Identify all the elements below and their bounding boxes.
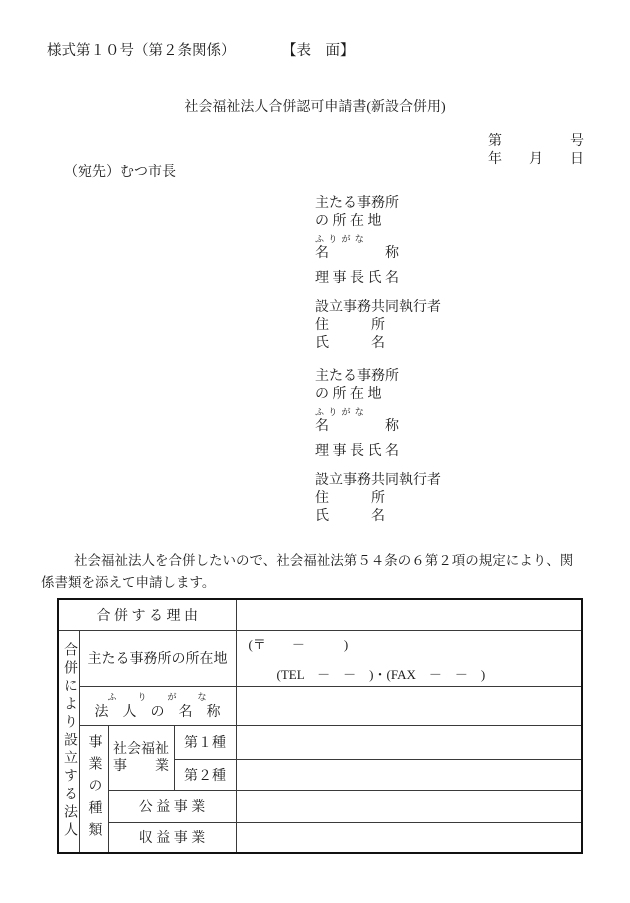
merge-reason-value-cell xyxy=(236,599,582,630)
office-address-label: 主たる事務所の所在地 xyxy=(88,652,228,667)
date-year-label: 年 xyxy=(488,148,502,168)
corp-name-value-cell xyxy=(236,686,582,725)
office-label-line2: の 所 在 地 xyxy=(315,213,441,231)
merge-reason-label-cell: 合 併 す る 理 由 xyxy=(58,599,236,630)
executor-name-label: 氏 名 xyxy=(315,508,441,526)
document-title: 社会福祉法人合併認可申請書(新設合併用) xyxy=(184,100,445,115)
profit-business-value-cell xyxy=(236,822,582,853)
date-line: 年 月 日 xyxy=(488,148,584,168)
table-row: 公 益 事 業 xyxy=(58,790,582,822)
social-welfare-label-line1: 社会福祉 xyxy=(109,741,174,758)
name-label: 名 称 xyxy=(315,245,441,263)
document-page: 様式第１０号（第２条関係） 【表 面】 社会福祉法人合併認可申請書(新設合併用)… xyxy=(0,0,630,903)
executor-heading: 設立事務共同執行者 xyxy=(315,472,441,490)
office-address-label-cell: 主たる事務所の所在地 xyxy=(79,630,236,686)
type2-value-cell xyxy=(236,759,582,790)
president-name-label: 理 事 長 氏 名 xyxy=(315,443,441,461)
type1-value-cell xyxy=(236,725,582,759)
office-label-line2: の 所 在 地 xyxy=(315,386,441,404)
profit-business-label-cell: 収 益 事 業 xyxy=(108,822,236,853)
corp-name-furigana: ふ り が な xyxy=(80,691,236,703)
merger-corporation-table: 合 併 す る 理 由 合併により設立する法人 主たる事務所の所在地 (〒 － … xyxy=(57,598,583,854)
doc-number-suffix: 号 xyxy=(570,130,584,150)
date-day-label: 日 xyxy=(570,148,584,168)
executor-address-label: 住 所 xyxy=(315,490,441,508)
table-row: 収 益 事 業 xyxy=(58,822,582,853)
applicant-block-2: 主たる事務所 の 所 在 地 ふ り が な 名 称 理 事 長 氏 名 設立事… xyxy=(315,368,441,526)
name-label: 名 称 xyxy=(315,418,441,436)
table-row: 合 併 す る 理 由 xyxy=(58,599,582,630)
new-corporation-vertical-label-cell: 合併により設立する法人 xyxy=(58,630,79,853)
table-row: 合併により設立する法人 主たる事務所の所在地 (〒 － ) (TEL － － )… xyxy=(58,630,582,686)
public-business-value-cell xyxy=(236,790,582,822)
type1-label: 第１種 xyxy=(184,736,226,751)
president-name-label: 理 事 長 氏 名 xyxy=(315,270,441,288)
social-welfare-label-cell: 社会福祉 事 業 xyxy=(108,725,174,790)
corp-name-label: 法 人 の 名 称 xyxy=(80,703,236,722)
office-label-line1: 主たる事務所 xyxy=(315,195,441,213)
social-welfare-label-line2: 事 業 xyxy=(109,758,174,775)
type1-label-cell: 第１種 xyxy=(174,725,236,759)
executor-heading: 設立事務共同執行者 xyxy=(315,299,441,317)
merge-reason-label: 合 併 す る 理 由 xyxy=(97,609,199,624)
name-furigana-label: ふ り が な xyxy=(315,233,441,245)
table-row: 事業の種類 社会福祉 事 業 第１種 xyxy=(58,725,582,759)
side-label: 【表 面】 xyxy=(282,39,355,60)
addressee: （宛先）むつ市長 xyxy=(64,161,176,181)
doc-number-prefix: 第 xyxy=(488,130,502,150)
business-type-vertical-label-cell: 事業の種類 xyxy=(79,725,108,853)
name-furigana-label: ふ り が な xyxy=(315,406,441,418)
form-number: 様式第１０号（第２条関係） xyxy=(47,39,236,60)
executor-address-label: 住 所 xyxy=(315,317,441,335)
profit-business-label: 収 益 事 業 xyxy=(139,831,206,846)
new-corporation-vertical-label: 合併により設立する法人 xyxy=(59,642,79,840)
type2-label: 第２種 xyxy=(184,769,226,784)
public-business-label-cell: 公 益 事 業 xyxy=(108,790,236,822)
date-month-label: 月 xyxy=(529,148,543,168)
type2-label-cell: 第２種 xyxy=(174,759,236,790)
office-address-value-cell: (〒 － ) (TEL － － )・(FAX － － ) xyxy=(236,630,582,686)
office-label-line1: 主たる事務所 xyxy=(315,368,441,386)
tel-fax-line: (TEL － － )・(FAX － － ) xyxy=(277,664,582,683)
executor-name-label: 氏 名 xyxy=(315,335,441,353)
corp-name-label-cell: ふ り が な 法 人 の 名 称 xyxy=(79,686,236,725)
public-business-label: 公 益 事 業 xyxy=(139,800,206,815)
table-row: ふ り が な 法 人 の 名 称 xyxy=(58,686,582,725)
applicant-block-1: 主たる事務所 の 所 在 地 ふ り が な 名 称 理 事 長 氏 名 設立事… xyxy=(315,195,441,353)
business-type-vertical-label: 事業の種類 xyxy=(84,734,104,844)
postal-code-line: (〒 － ) xyxy=(249,634,582,653)
application-statement: 社会福祉法人を合併したいので、社会福祉法第５４条の６第２項の規定により、関係書類… xyxy=(41,550,581,594)
title-row: 社会福祉法人合併認可申請書(新設合併用) xyxy=(0,96,630,116)
document-number-line: 第 号 xyxy=(488,130,584,150)
